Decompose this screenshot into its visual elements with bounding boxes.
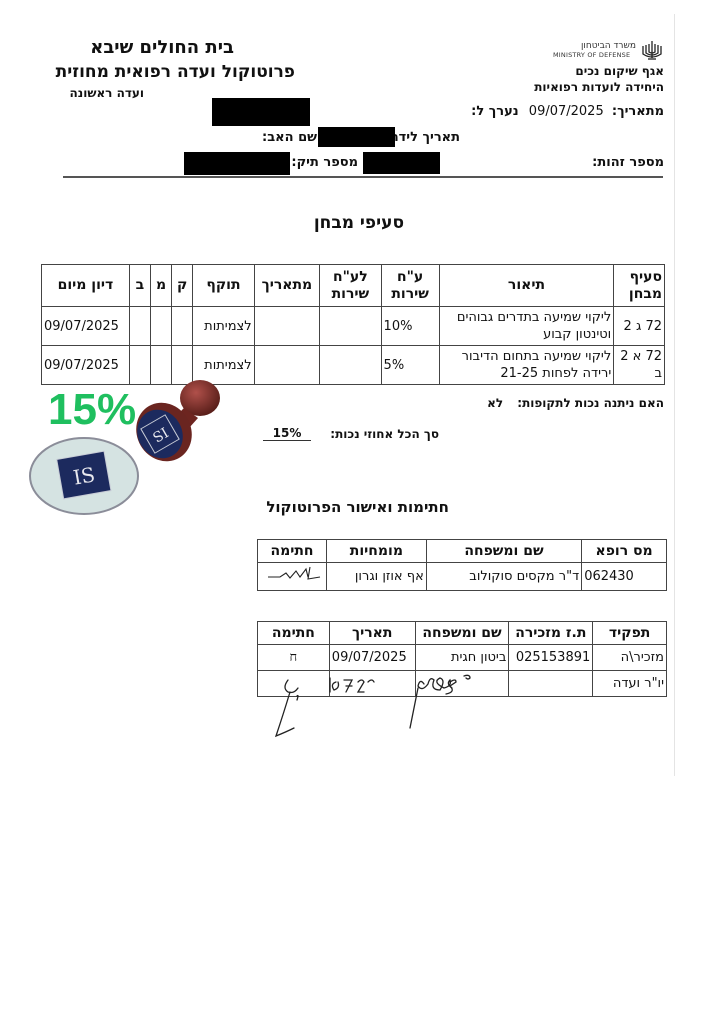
col-k: ק bbox=[172, 265, 193, 307]
cell-role: יו"ר ועדה bbox=[593, 671, 667, 697]
col-discussion-date: דיון מיום bbox=[42, 265, 130, 307]
cell-service: 10% bbox=[381, 307, 439, 346]
birth-date-label: תאריך לידה: bbox=[385, 130, 461, 145]
periods-value: לא bbox=[487, 396, 503, 410]
ministry-english: MINISTRY OF DEFENSE bbox=[553, 51, 630, 59]
cell-role: מזכיר\ה bbox=[593, 645, 667, 671]
cell-service: 5% bbox=[381, 346, 439, 385]
col-doctor-name: שם ומשפחה bbox=[426, 540, 581, 563]
prepared-for-label: נערך ל: bbox=[471, 104, 518, 119]
doctors-header-row: מס רופא שם ומשפחה מומחיות חתימה bbox=[258, 540, 667, 563]
cell-secretary-id: 025153891 bbox=[509, 645, 593, 671]
cell-validity: לצמיתות bbox=[193, 307, 254, 346]
cell-description: ליקוי שמיעה בתחום הדיבור ירידה לפחות 21-… bbox=[439, 346, 614, 385]
cell-from-date bbox=[254, 307, 320, 346]
cell-section: 72 ג 2 bbox=[614, 307, 665, 346]
percent-badge: 15% bbox=[48, 385, 136, 435]
cell-section: 72 א 2 ב bbox=[614, 346, 665, 385]
header-divider bbox=[63, 176, 663, 178]
cell-discussion-date: 09/07/2025 bbox=[42, 346, 130, 385]
cell-description: ליקוי שמיעה בתדרים גבוהים וטינטון קבוע bbox=[439, 307, 614, 346]
date-label: מתאריך: bbox=[612, 104, 664, 119]
page-edge-line bbox=[674, 14, 675, 776]
doctor-signature-icon bbox=[260, 563, 324, 585]
table-row: 062430 ד"ר מקסים סוקולוב אף אוזן וגרון bbox=[258, 563, 667, 591]
cell-k bbox=[172, 307, 193, 346]
cell-b bbox=[129, 307, 150, 346]
col-m: מ bbox=[151, 265, 172, 307]
col-non-service: לע"ח שירות bbox=[320, 265, 381, 307]
signatures-title: חתימות ואישור הפרוטוקול bbox=[266, 498, 449, 516]
patient-date-row: מתאריך: 09/07/2025 נערך ל: bbox=[471, 104, 664, 119]
father-name-label: שם האב: bbox=[262, 130, 317, 145]
cell-specialty: אף אוזן וגרון bbox=[327, 563, 427, 591]
date-value: 09/07/2025 bbox=[529, 104, 604, 119]
col-role: תפקיד bbox=[593, 622, 667, 645]
chairman-handwriting-icon bbox=[260, 672, 520, 744]
cell-non-service bbox=[320, 346, 381, 385]
col-date: תאריך bbox=[329, 622, 415, 645]
stamp-impression-icon: IS bbox=[28, 435, 140, 517]
col-service: ע"ח שירות bbox=[381, 265, 439, 307]
col-validity: תוקף bbox=[193, 265, 254, 307]
ministry-hebrew: משרד הביטחון bbox=[581, 41, 636, 51]
col-doctor-number: מס רופא bbox=[582, 540, 667, 563]
table-row: 72 ג 2 ליקוי שמיעה בתדרים גבוהים וטינטון… bbox=[42, 307, 665, 346]
cell-staff-name: ביטון חגית bbox=[415, 645, 509, 671]
department: אגף שיקום נכים bbox=[575, 64, 664, 78]
redacted-birth-date bbox=[318, 127, 395, 147]
periods-row: האם ניתנה נכות לתקופות: לא bbox=[487, 396, 664, 410]
cell-m bbox=[151, 307, 172, 346]
id-label: מספר זהות: bbox=[592, 155, 664, 170]
file-label: מספר תיק: bbox=[291, 155, 358, 170]
cell-discussion-date: 09/07/2025 bbox=[42, 307, 130, 346]
col-staff-signature: חתימה bbox=[258, 622, 330, 645]
cell-doctor-signature bbox=[258, 563, 327, 591]
col-secretary-id: ת.ז מזכירה bbox=[509, 622, 593, 645]
col-from-date: מתאריך bbox=[254, 265, 320, 307]
col-specialty: מומחיות bbox=[327, 540, 427, 563]
cell-non-service bbox=[320, 307, 381, 346]
cell-staff-signature: ח bbox=[258, 645, 330, 671]
exam-sections-table: סעיף מבחן תיאור ע"ח שירות לע"ח שירות מתא… bbox=[41, 264, 665, 385]
committee-type: ועדה ראשונה bbox=[70, 86, 144, 100]
total-label: סך הכל אחוזי נכות: bbox=[330, 427, 439, 441]
cell-date: 09/07/2025 bbox=[329, 645, 415, 671]
col-b: ב bbox=[129, 265, 150, 307]
stamp-monogram: IS bbox=[71, 462, 96, 489]
exam-header-row: סעיף מבחן תיאור ע"ח שירות לע"ח שירות מתא… bbox=[42, 265, 665, 307]
staff-header-row: תפקיד ת.ז מזכירה שם ומשפחה תאריך חתימה bbox=[258, 622, 667, 645]
menorah-logo-icon bbox=[640, 38, 664, 62]
cell-doctor-number: 062430 bbox=[582, 563, 667, 591]
cell-secretary-id bbox=[509, 671, 593, 697]
cell-from-date bbox=[254, 346, 320, 385]
rubber-stamp-icon: IS bbox=[128, 378, 224, 464]
protocol-title: פרוטוקול ועדה רפואית מחוזית bbox=[56, 62, 295, 82]
total-value: 15% bbox=[263, 427, 311, 441]
table-row: מזכיר\ה 025153891 ביטון חגית 09/07/2025 … bbox=[258, 645, 667, 671]
redacted-name bbox=[212, 98, 310, 126]
col-staff-name: שם ומשפחה bbox=[415, 622, 509, 645]
col-signature: חתימה bbox=[258, 540, 327, 563]
periods-label: האם ניתנה נכות לתקופות: bbox=[517, 396, 664, 410]
redacted-id bbox=[363, 152, 440, 174]
col-section: סעיף מבחן bbox=[614, 265, 665, 307]
doctors-table: מס רופא שם ומשפחה מומחיות חתימה 062430 ד… bbox=[257, 539, 667, 591]
redacted-file-number bbox=[184, 152, 290, 175]
unit: היחידה לועדות רפואיות bbox=[534, 80, 664, 94]
col-description: תיאור bbox=[439, 265, 614, 307]
cell-doctor-name: ד"ר מקסים סוקולוב bbox=[426, 563, 581, 591]
exam-title: סעיפי מבחן bbox=[314, 213, 404, 233]
hospital-name: בית החולים שיבא bbox=[90, 37, 234, 58]
